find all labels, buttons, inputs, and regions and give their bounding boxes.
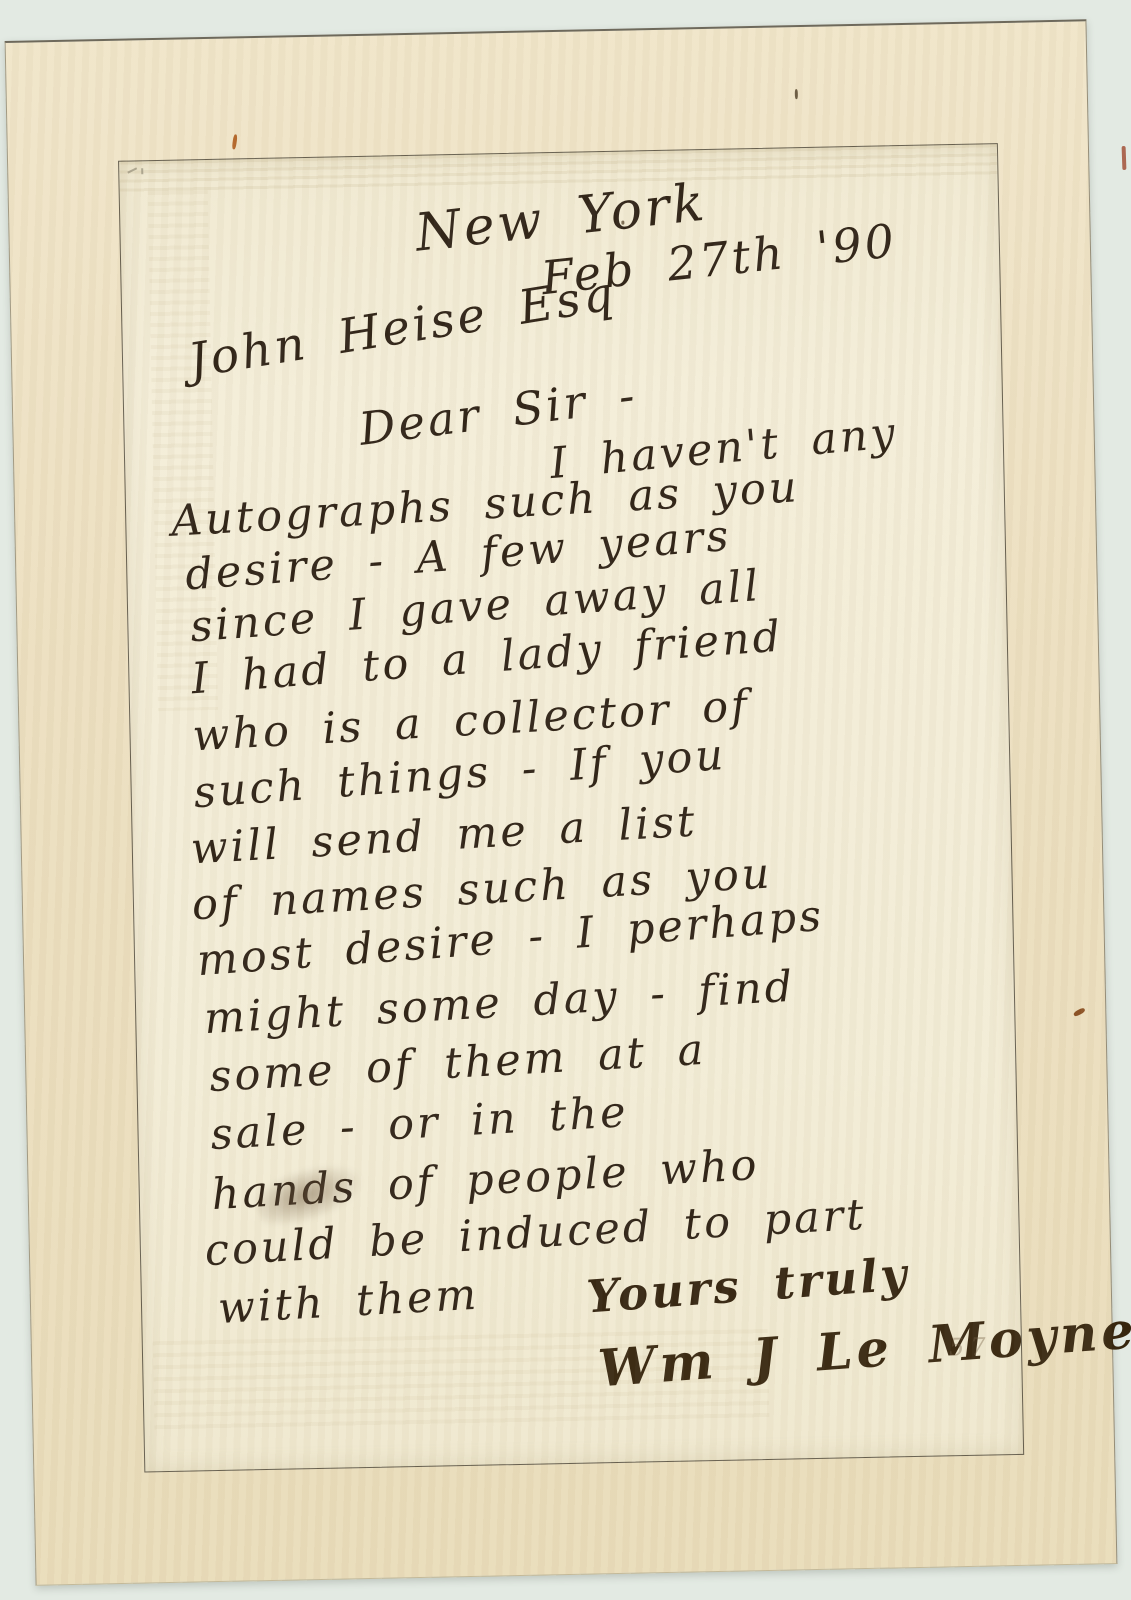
letter-page: New York Feb 27th '90 John Heise Esq Dea… [118, 143, 1024, 1472]
mat-speck [232, 134, 238, 149]
pencil-note: 57 [949, 1332, 992, 1361]
edge-mark [1122, 146, 1127, 170]
pencil-tick [127, 167, 137, 173]
scan-background: New York Feb 27th '90 John Heise Esq Dea… [0, 0, 1131, 1600]
letter-line-closing: Yours truly [585, 1251, 911, 1319]
letter-line-signature: Wm J Le Moyne [597, 1305, 1131, 1395]
letter-body-line: sale - or in the [209, 1091, 629, 1157]
pencil-tick [141, 168, 143, 174]
mat-board: New York Feb 27th '90 John Heise Esq Dea… [5, 19, 1118, 1585]
mat-speck [795, 89, 798, 99]
letter-line-recipient: John Heise Esq [185, 270, 619, 385]
mat-speck [1073, 1007, 1086, 1017]
letter-body-line: with them [217, 1274, 480, 1331]
mat-speck [621, 221, 624, 225]
